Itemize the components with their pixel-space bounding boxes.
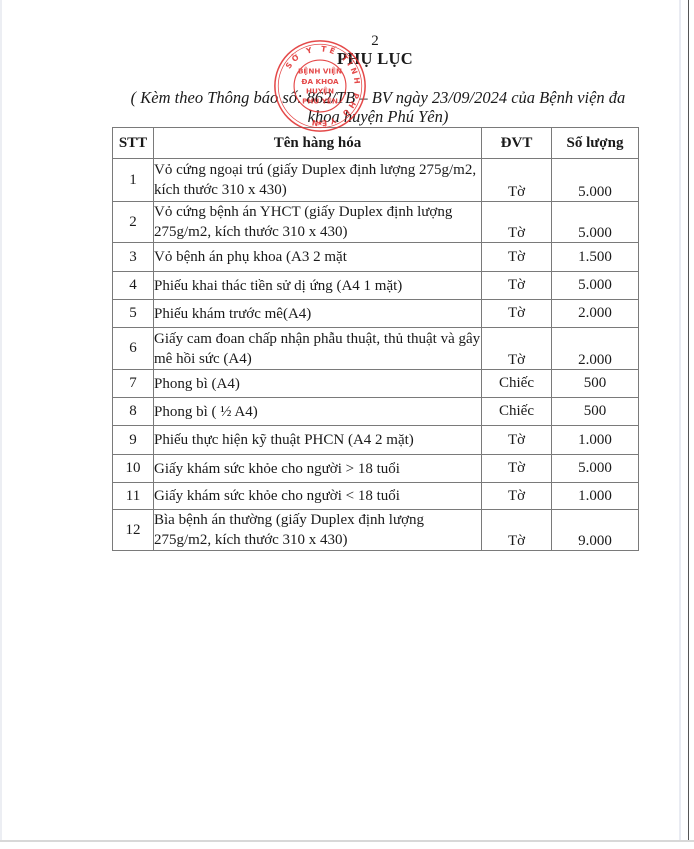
cell-unit: Chiếc [482,398,552,426]
cell-stt: 4 [113,272,154,300]
table-row: 4Phiếu khai thác tiền sử dị ứng (A4 1 mặ… [113,272,639,300]
cell-item-name: Giấy khám sức khỏe cho người > 18 tuổi [154,455,482,483]
cell-unit: Tờ [482,426,552,455]
viewer-border [688,0,689,841]
table-row: 2Vỏ cứng bệnh án YHCT (giấy Duplex định … [113,202,639,243]
cell-item-name: Vỏ cứng ngoại trú (giấy Duplex định lượn… [154,159,482,202]
cell-unit: Tờ [482,455,552,483]
table-row: 9Phiếu thực hiện kỹ thuật PHCN (A4 2 mặt… [113,426,639,455]
cell-item-name: Phong bì ( ½ A4) [154,398,482,426]
cell-stt: 1 [113,159,154,202]
cell-item-name: Phong bì (A4) [154,370,482,398]
cell-stt: 5 [113,300,154,328]
cell-stt: 11 [113,483,154,510]
cell-unit: Tờ [482,202,552,243]
cell-stt: 2 [113,202,154,243]
goods-table: STT Tên hàng hóa ĐVT Số lượng 1Vỏ cứng n… [112,127,639,551]
table-row: 5Phiếu khám trước mê(A4)Tờ2.000 [113,300,639,328]
cell-stt: 8 [113,398,154,426]
stamp-inner-line: ĐA KHOA [301,77,339,86]
cell-quantity: 1.000 [552,483,639,510]
cell-item-name: Giấy khám sức khỏe cho người < 18 tuổi [154,483,482,510]
table-row: 7Phong bì (A4)Chiếc500 [113,370,639,398]
page-left-edge [0,0,2,841]
cell-unit: Tờ [482,272,552,300]
cell-item-name: Phiếu khám trước mê(A4) [154,300,482,328]
cell-quantity: 500 [552,398,639,426]
table-row: 12Bìa bệnh án thường (giấy Duplex định l… [113,510,639,551]
cell-item-name: Phiếu thực hiện kỹ thuật PHCN (A4 2 mặt) [154,426,482,455]
table-row: 6Giấy cam đoan chấp nhận phẫu thuật, thủ… [113,328,639,370]
document-title: PHỤ LỤC [0,49,694,69]
cell-quantity: 2.000 [552,300,639,328]
cell-quantity: 9.000 [552,510,639,551]
cell-item-name: Phiếu khai thác tiền sử dị ứng (A4 1 mặt… [154,272,482,300]
cell-stt: 6 [113,328,154,370]
cell-quantity: 2.000 [552,328,639,370]
cell-quantity: 5.000 [552,202,639,243]
table-row: 3Vỏ bệnh án phụ khoa (A3 2 mặtTờ1.500 [113,243,639,272]
viewer-background [0,842,694,849]
cell-item-name: Bìa bệnh án thường (giấy Duplex định lượ… [154,510,482,551]
cell-unit: Tờ [482,300,552,328]
page-number: 2 [0,33,694,50]
cell-unit: Tờ [482,328,552,370]
header-qty: Số lượng [552,128,639,159]
cell-quantity: 1.500 [552,243,639,272]
cell-quantity: 5.000 [552,159,639,202]
table-row: 11Giấy khám sức khỏe cho người < 18 tuổi… [113,483,639,510]
cell-quantity: 500 [552,370,639,398]
cell-quantity: 1.000 [552,426,639,455]
header-stt: STT [113,128,154,159]
cell-stt: 3 [113,243,154,272]
cell-stt: 12 [113,510,154,551]
cell-stt: 7 [113,370,154,398]
table-body: 1Vỏ cứng ngoại trú (giấy Duplex định lượ… [113,159,639,551]
cell-quantity: 5.000 [552,455,639,483]
cell-item-name: Giấy cam đoan chấp nhận phẫu thuật, thủ … [154,328,482,370]
header-name: Tên hàng hóa [154,128,482,159]
page-right-edge [679,0,681,841]
table-header-row: STT Tên hàng hóa ĐVT Số lượng [113,128,639,159]
cell-item-name: Vỏ cứng bệnh án YHCT (giấy Duplex định l… [154,202,482,243]
table-row: 1Vỏ cứng ngoại trú (giấy Duplex định lượ… [113,159,639,202]
cell-stt: 10 [113,455,154,483]
cell-stt: 9 [113,426,154,455]
cell-unit: Tờ [482,510,552,551]
document-subtitle: ( Kèm theo Thông báo số: 862/TB – BV ngà… [118,88,638,126]
table-row: 8Phong bì ( ½ A4)Chiếc500 [113,398,639,426]
header-unit: ĐVT [482,128,552,159]
cell-unit: Tờ [482,159,552,202]
cell-unit: Chiếc [482,370,552,398]
cell-unit: Tờ [482,243,552,272]
table-row: 10Giấy khám sức khỏe cho người > 18 tuổi… [113,455,639,483]
cell-quantity: 5.000 [552,272,639,300]
cell-item-name: Vỏ bệnh án phụ khoa (A3 2 mặt [154,243,482,272]
cell-unit: Tờ [482,483,552,510]
